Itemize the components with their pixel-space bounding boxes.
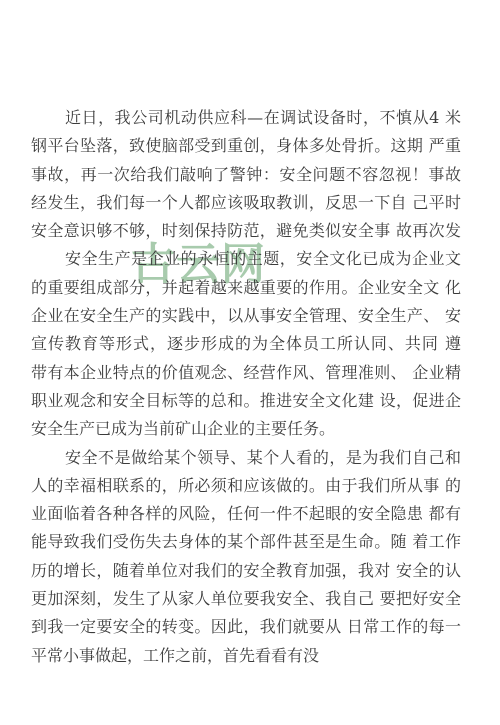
text-line: 到我一定要安全的转变。因此，我们就要从 日常工作的每一件 — [31, 613, 461, 641]
text-line: 历的增长，随着单位对我们的安全教育加强，我对 安全的认识 — [31, 557, 461, 585]
text-line: 钢平台坠落，致使脑部受到重创，身体多处骨折。这期 严重的 — [31, 132, 461, 160]
paragraph: 安全生产是企业的永恒的主题，安全文化已成为企业文 化的重要组成部分，并起着越来越… — [31, 245, 461, 443]
text-line: 职业观念和安全目标等的总和。推进安全文化建 设，促进企业 — [31, 387, 461, 415]
document-page: 古云网 近日，我公司机动供应科—在调试设备时，不慎从4 米高钢平台坠落，致使脑部… — [0, 0, 500, 725]
text-line: 安全生产是企业的永恒的主题，安全文化已成为企业文 化 — [31, 245, 461, 273]
text-line: 能导致我们受伤失去身体的某个部件甚至是生命。随 着工作经 — [31, 528, 461, 556]
document-text-block: 近日，我公司机动供应科—在调试设备时，不慎从4 米高钢平台坠落，致使脑部受到重创… — [31, 104, 461, 670]
text-line: 宣传教育等形式，逐步形成的为全体员工所认同、共同 遵守， — [31, 330, 461, 358]
paragraph: 近日，我公司机动供应科—在调试设备时，不慎从4 米高钢平台坠落，致使脑部受到重创… — [31, 104, 461, 245]
text-line: 企业在安全生产的实践中，以从事安全管理、安全生产、 安全 — [31, 302, 461, 330]
text-line: 近日，我公司机动供应科—在调试设备时，不慎从4 米高 — [31, 104, 461, 132]
text-line: 经发生，我们每一个人都应该吸取教训，反思一下自 己平时的 — [31, 189, 461, 217]
text-line: 安全生产已成为当前矿山企业的主要任务。 — [31, 415, 461, 443]
text-line: 更加深刻，发生了从家人单位要我安全、我自己 要把好安全关， — [31, 585, 461, 613]
text-line: 带有本企业特点的价值观念、经营作风、管理准则、 企业精神、 — [31, 359, 461, 387]
text-line: 安全不是做给某个领导、某个人看的，是为我们自己和 家 — [31, 444, 461, 472]
text-line: 事故，再一次给我们敲响了警钟：安全问题不容忽视！事故已 — [31, 161, 461, 189]
paragraph: 安全不是做给某个领导、某个人看的，是为我们自己和 家人的幸福相联系的，所必须和应… — [31, 444, 461, 670]
text-line: 安全意识够不够，时刻保持防范，避免类似安全事 故再次发生。 — [31, 217, 461, 245]
text-line: 的重要组成部分，并起着越来越重要的作用。企业安全文 化是 — [31, 274, 461, 302]
text-line: 平常小事做起，工作之前，首先看看有没 — [31, 642, 461, 670]
text-line: 业面临着各种各样的风险，任何一件不起眼的安全隐患 都有可 — [31, 500, 461, 528]
text-line: 人的幸福相联系的，所必须和应该做的。由于我们所从事 的职 — [31, 472, 461, 500]
